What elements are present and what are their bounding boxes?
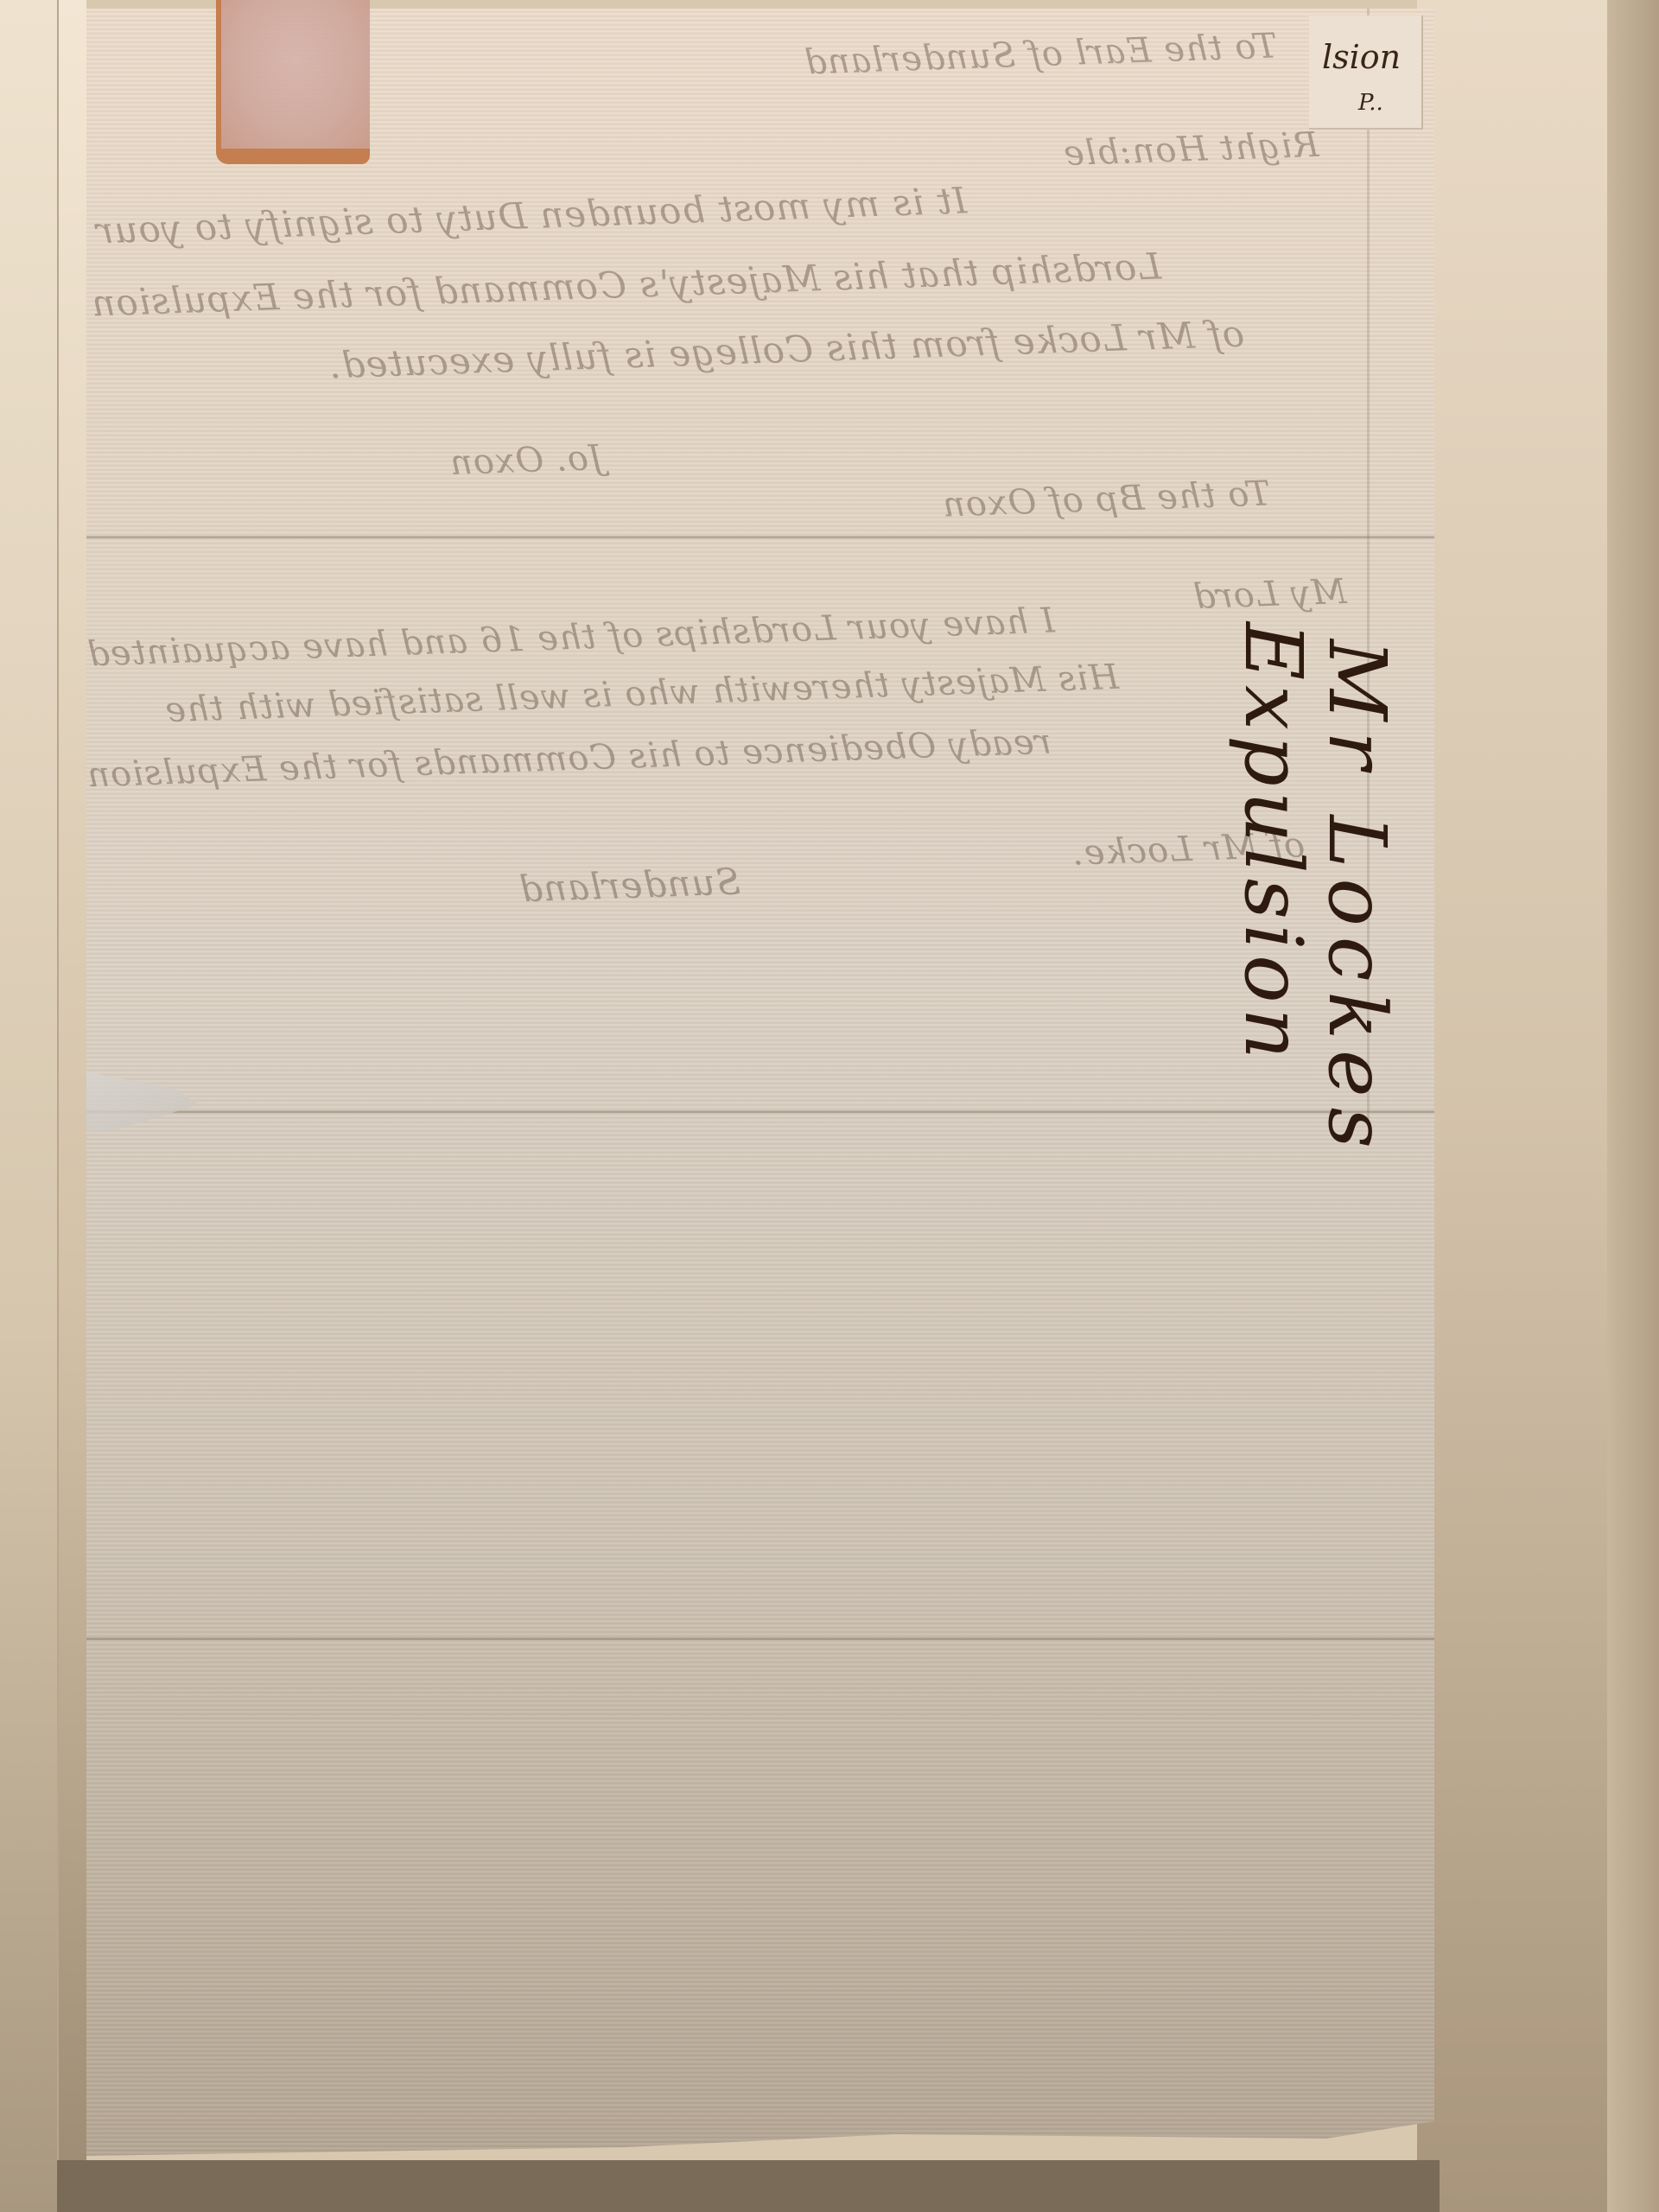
wax-seal-remnant — [216, 0, 370, 164]
fold-line-3 — [86, 1637, 1434, 1641]
endorsement-line-2: Expulsion — [1227, 622, 1319, 1159]
endorsement-line-1: Mr Lockes — [1311, 639, 1403, 1159]
bleed-line: Jo. Oxon — [448, 438, 604, 483]
bleed-line: Sunderland — [518, 861, 741, 911]
bottom-shadow — [57, 2160, 1440, 2212]
mount-board-strip — [57, 0, 86, 2212]
slip-text-small: P.. — [1358, 90, 1383, 116]
mount-board-edge — [1607, 0, 1659, 2212]
endorsement: Mr Lockes Expulsion — [1227, 622, 1403, 1159]
slip-text: lsion — [1322, 38, 1401, 76]
bleed-line: My Lord — [1192, 572, 1347, 617]
fold-line-1 — [86, 536, 1434, 539]
mount-board-left — [0, 0, 57, 2212]
